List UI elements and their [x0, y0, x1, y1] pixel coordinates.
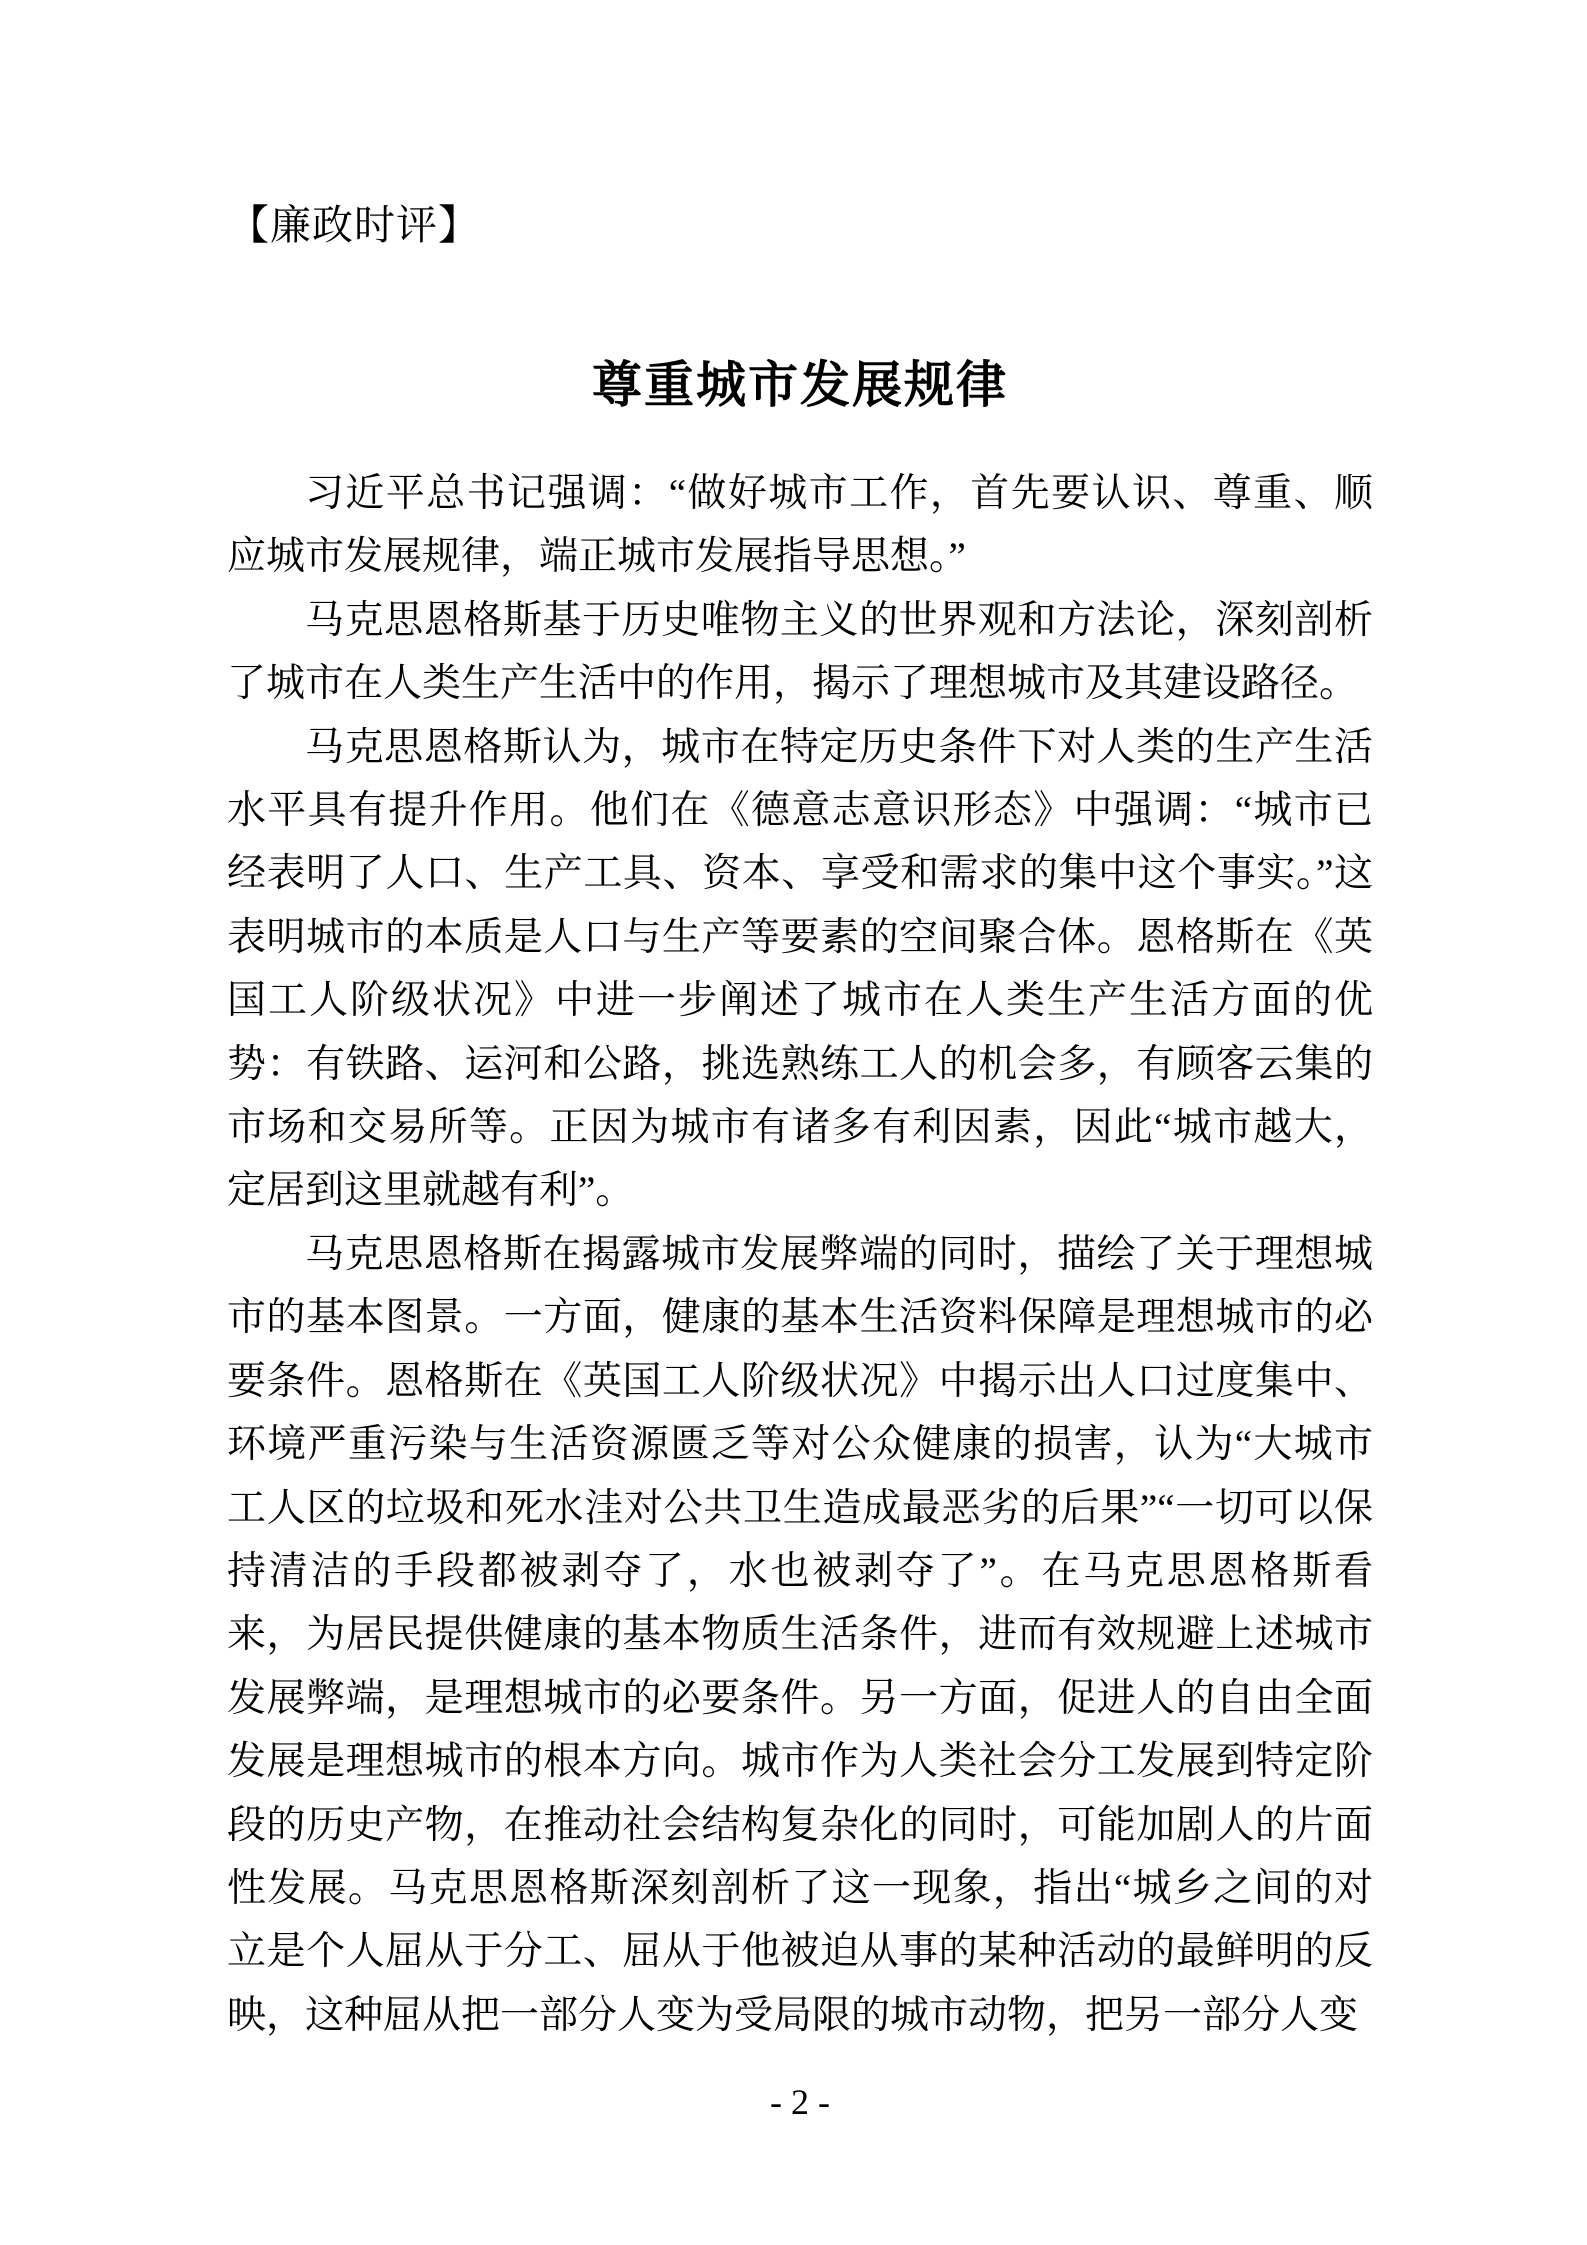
article-body: 习近平总书记强调：“做好城市工作，首先要认识、尊重、顺应城市发展规律，端正城市发…	[227, 462, 1373, 2047]
section-tag: 【廉政时评】	[228, 200, 480, 250]
body-paragraph: 马克思恩格斯在揭露城市发展弊端的同时，描绘了关于理想城市的基本图景。一方面，健康…	[227, 1223, 1373, 2047]
page-title: 尊重城市发展规律	[227, 356, 1373, 414]
document-page: 【廉政时评】 尊重城市发展规律 习近平总书记强调：“做好城市工作，首先要认识、尊…	[0, 0, 1587, 2245]
body-paragraph: 习近平总书记强调：“做好城市工作，首先要认识、尊重、顺应城市发展规律，端正城市发…	[227, 462, 1373, 589]
page-number: - 2 -	[227, 2080, 1373, 2124]
body-paragraph: 马克思恩格斯认为，城市在特定历史条件下对人类的生产生活水平具有提升作用。他们在《…	[227, 716, 1373, 1223]
body-paragraph: 马克思恩格斯基于历史唯物主义的世界观和方法论，深刻剖析了城市在人类生产生活中的作…	[227, 589, 1373, 716]
